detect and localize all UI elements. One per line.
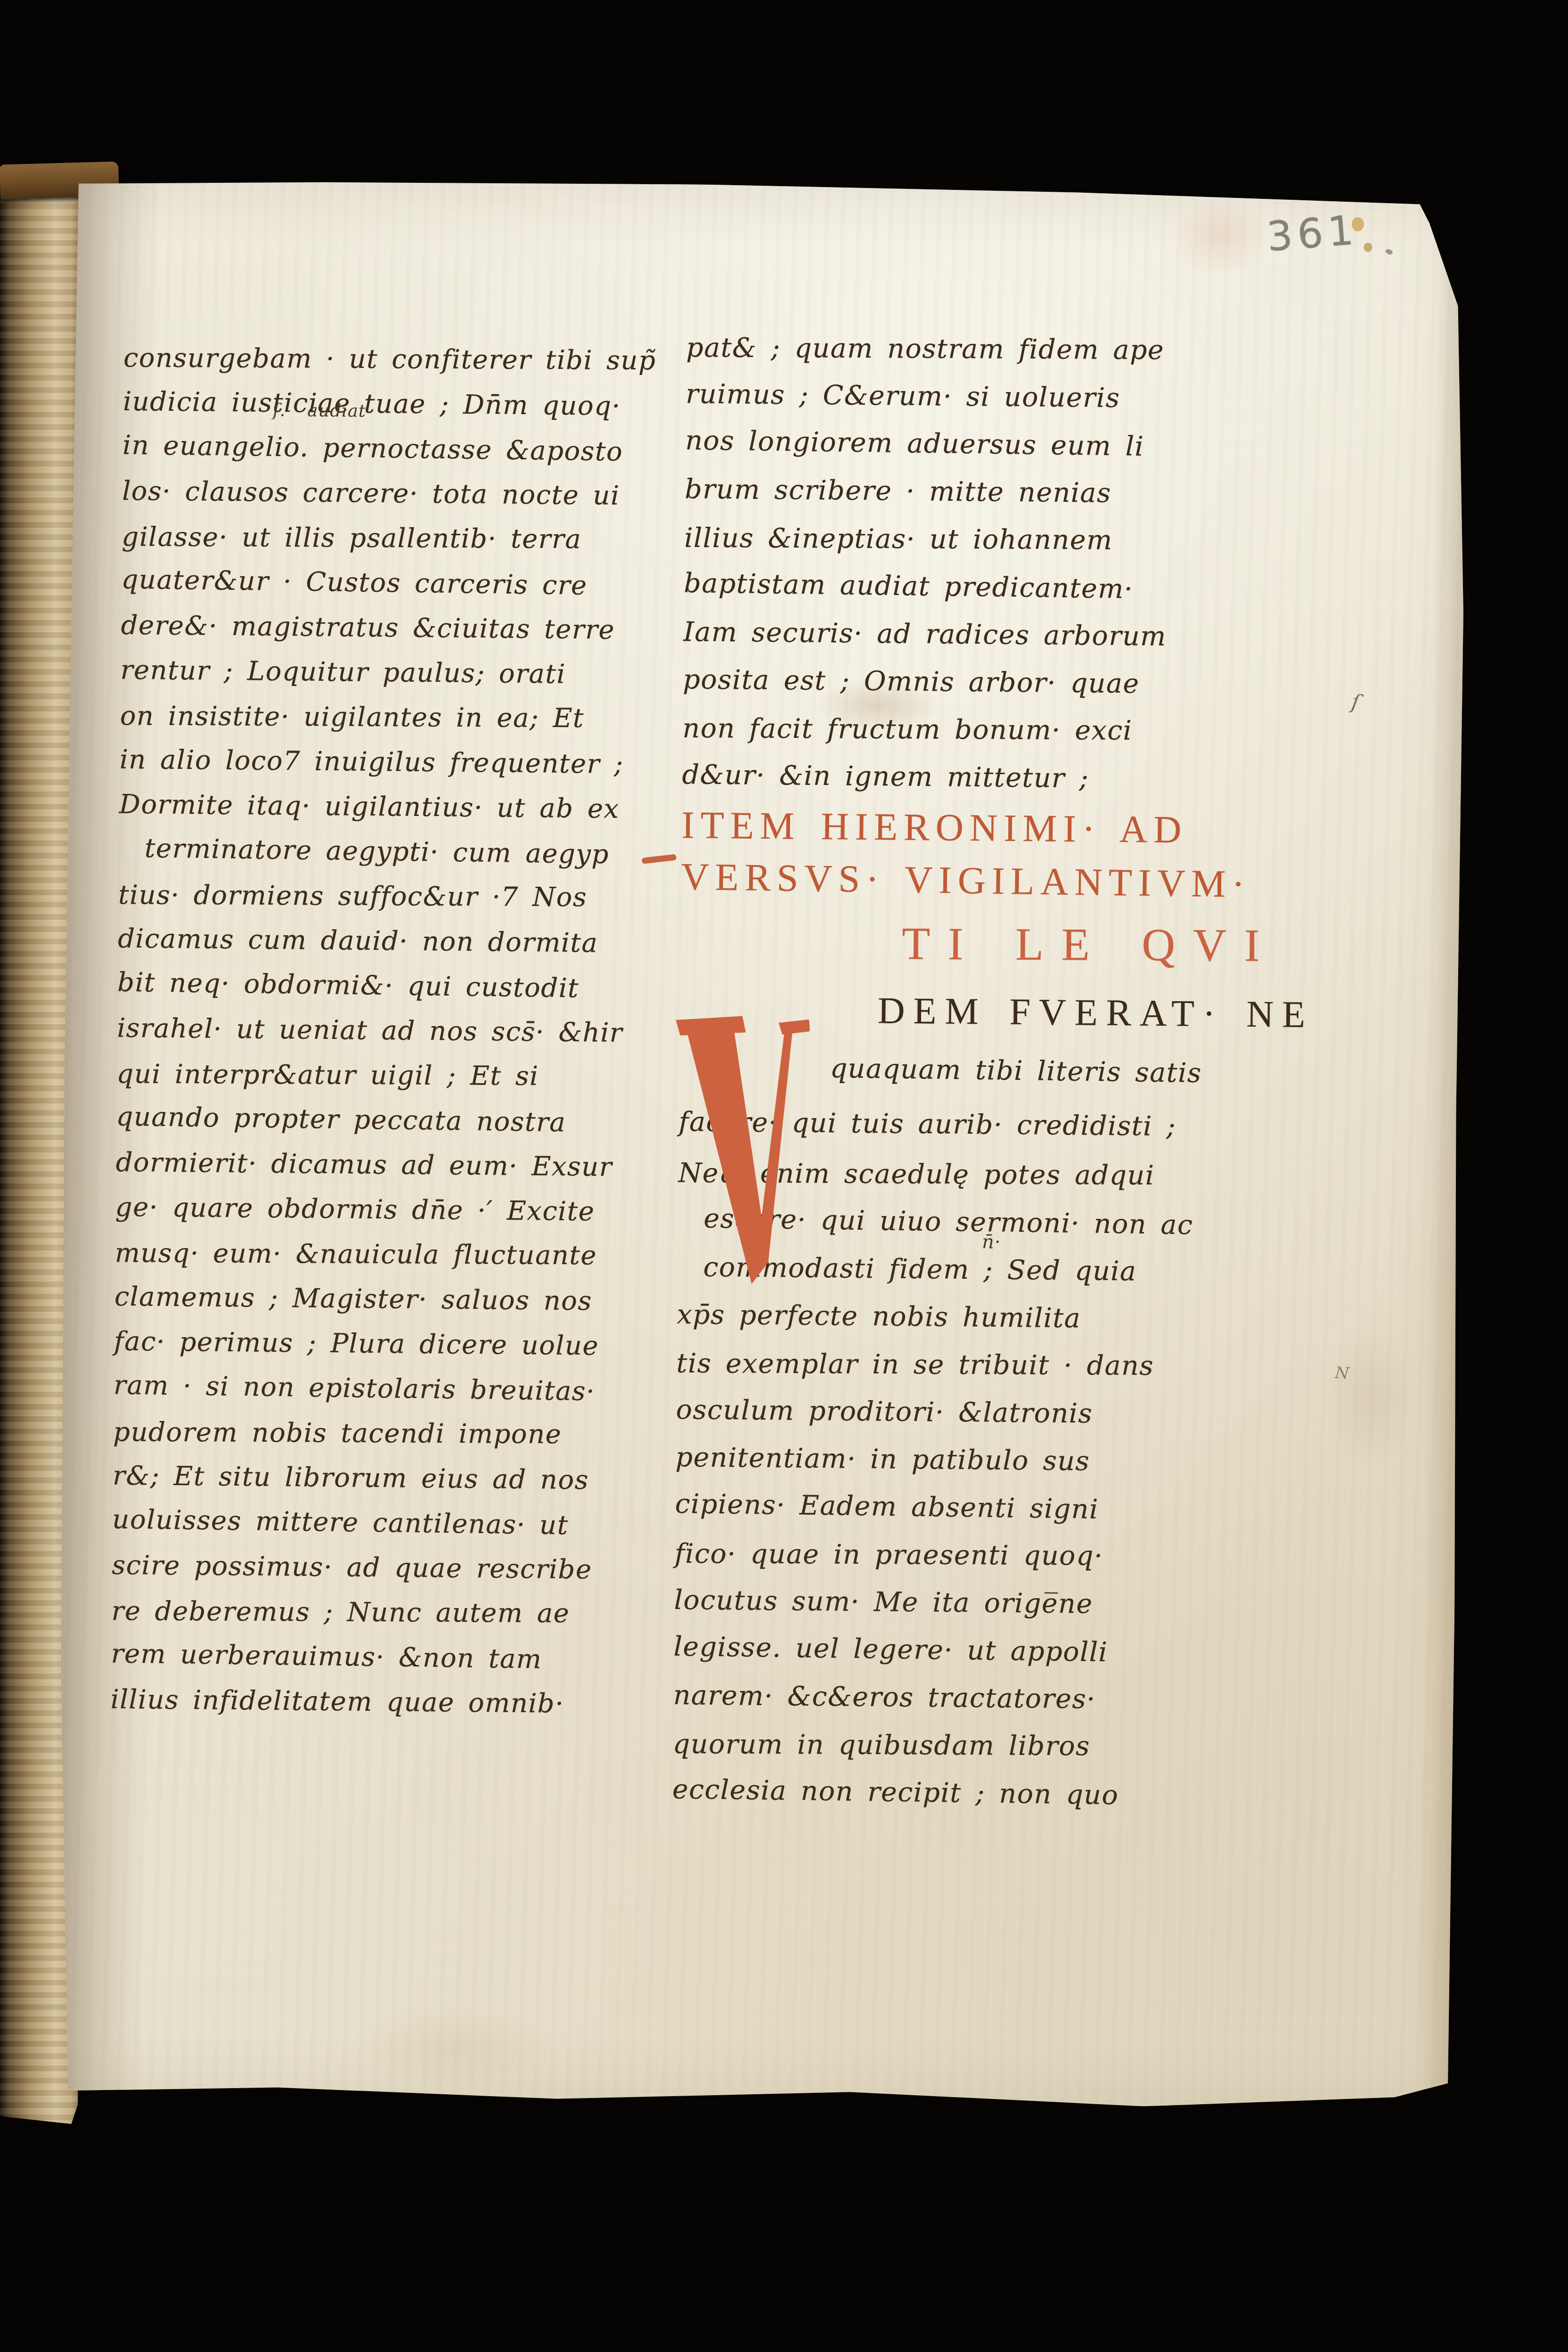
manuscript-line: fico· quae in praesenti quoq·	[674, 1530, 1263, 1581]
manuscript-line: nos longiorem aduersus eum li	[685, 417, 1274, 473]
margin-mark: ſ	[1350, 690, 1362, 715]
stain	[356, 2004, 555, 2091]
parchment-page: 361 consurgebam · ut confiterer tibi sup…	[54, 178, 1469, 2111]
manuscript-line: pat& ; quam nostram fidem ape	[686, 324, 1274, 375]
manuscript-line: pudorem nobis tacendi impone	[113, 1410, 664, 1457]
interlinear-gloss: ſ.audiat	[273, 400, 366, 421]
initial-v	[670, 1012, 810, 1296]
manuscript-line: locutus sum· Me ita orige̅ne	[674, 1576, 1262, 1630]
manuscript-line: gilasse· ut illis psallentib· terra	[122, 514, 673, 562]
manuscript-line: tis exemplar in se tribuit · dans	[676, 1340, 1265, 1391]
manuscript-line: consurgebam · ut confiterer tibi sup̃	[123, 335, 675, 383]
manuscript-line: rem uerberauimus· &non tam	[111, 1631, 662, 1683]
manuscript-line: musq· eum· &nauicula fluctuante	[115, 1231, 666, 1278]
margin-mark: N	[1334, 1364, 1350, 1383]
manuscript-line: Dormite itaq· uigilantius· ut ab ex	[119, 782, 670, 832]
gloss-word: audiat	[307, 400, 366, 421]
manuscript-photo: 361 consurgebam · ut confiterer tibi sup…	[0, 0, 1568, 2352]
manuscript-line: dere&· magistratus &ciuitas terre	[121, 603, 672, 653]
wax-speck	[1364, 243, 1372, 252]
folio-number: 361	[1265, 207, 1360, 261]
manuscript-line: narem· &c&eros tractatores·	[673, 1672, 1261, 1725]
manuscript-line: quorum in quibusdam libros	[673, 1721, 1261, 1772]
manuscript-line: bit neq· obdormi&· qui custodit	[117, 960, 669, 1012]
manuscript-line: illius infidelitatem quae omnib·	[110, 1677, 662, 1727]
manuscript-line: rentur ; Loquitur paulus; orati	[120, 648, 672, 698]
wax-speck	[1352, 217, 1364, 231]
manuscript-line: clamemus ; Magister· saluos nos	[114, 1274, 666, 1324]
manuscript-line: brum scribere · mitte nenias	[685, 465, 1273, 519]
manuscript-line: dicamus cum dauid· non dormita	[118, 916, 670, 966]
manuscript-line: fac· perimus ; Plura dicere uolue	[114, 1319, 666, 1369]
text-column-left: consurgebam · ut confiterer tibi sup̃iud…	[110, 335, 675, 1727]
manuscript-line: terminatore aegypti· cum aegyp	[144, 826, 670, 878]
manuscript-line: illius &ineptias· ut iohannem	[684, 514, 1273, 565]
manuscript-line: iudicia iusticiae tuae ; Dn̄m quoq·	[123, 379, 675, 429]
manuscript-line: re deberemus ; Nunc autem ae	[111, 1589, 662, 1636]
manuscript-line: on insistite· uigilantes in ea; Et	[120, 694, 671, 741]
manuscript-line: VERSVS· VIGILANTIVM·	[681, 850, 1269, 911]
manuscript-line: los· clausos carcere· tota nocte ui	[122, 469, 674, 519]
manuscript-line: ecclesia non recipit ; non quo	[672, 1766, 1260, 1821]
manuscript-line: quater&ur · Custos carceris cre	[121, 557, 673, 609]
manuscript-line: legisse. uel legere· ut appolli	[673, 1623, 1262, 1679]
manuscript-line: ITEM HIERONIMI· AD	[681, 799, 1270, 857]
manuscript-line: TI LE QVI	[902, 907, 1269, 982]
manuscript-line: baptistam audiat predicantem·	[684, 560, 1272, 615]
stain	[1169, 196, 1269, 278]
manuscript-line: r&; Et situ librorum eius ad nos	[113, 1454, 664, 1503]
manuscript-line: non facit fructum bonum· exci	[682, 705, 1271, 756]
manuscript-line: uoluisses mittere cantilenas· ut	[112, 1497, 664, 1549]
stain	[1323, 1325, 1419, 1467]
fore-edge-shadow	[1417, 190, 1469, 2111]
manuscript-line: d&ur· &in ignem mittetur ;	[682, 751, 1270, 804]
manuscript-line: quando propter peccata nostra	[116, 1094, 668, 1146]
manuscript-line: xp̄s perfecte nobis humilita	[677, 1291, 1265, 1344]
manuscript-line: osculum proditori· &latronis	[676, 1386, 1264, 1439]
manuscript-line: ram · si non epistolaris breuitas·	[113, 1363, 665, 1415]
pencil-dot	[1385, 248, 1393, 255]
manuscript-line: Iam securis· ad radices arborum	[683, 608, 1272, 661]
manuscript-line: in euangelio. pernoctasse &aposto	[122, 423, 674, 475]
manuscript-line: ruimus ; C&erum· si uolueris	[686, 370, 1274, 424]
manuscript-line: cipiens· Eadem absenti signi	[675, 1480, 1263, 1536]
manuscript-line: DEM FVERAT· NE	[877, 980, 1268, 1045]
manuscript-line: quaquam tibi literis satis	[830, 1040, 1268, 1102]
manuscript-line: israhel· ut ueniat ad nos scs̄· &hir	[117, 1006, 669, 1056]
gloss-sign: ſ.	[273, 400, 286, 420]
manuscript-line: posita est ; Omnis arbor· quae	[683, 656, 1271, 709]
interlinear-gloss: n̄·	[982, 1231, 1001, 1253]
manuscript-line: in alio loco7 inuigilus frequenter ;	[119, 737, 671, 787]
manuscript-line: scire possimus· ad quae rescribe	[112, 1543, 663, 1593]
manuscript-line: tius· dormiens suffoc&ur ·7 Nos	[118, 873, 670, 920]
manuscript-line: ge· quare obdormis dn̄e ·′ Excite	[115, 1185, 667, 1235]
manuscript-line: penitentiam· in patibulo sus	[675, 1434, 1264, 1487]
manuscript-line: qui interpr&atur uigil ; Et si	[116, 1052, 668, 1099]
manuscript-line: dormierit· dicamus ad eum· Exsur	[115, 1140, 667, 1190]
